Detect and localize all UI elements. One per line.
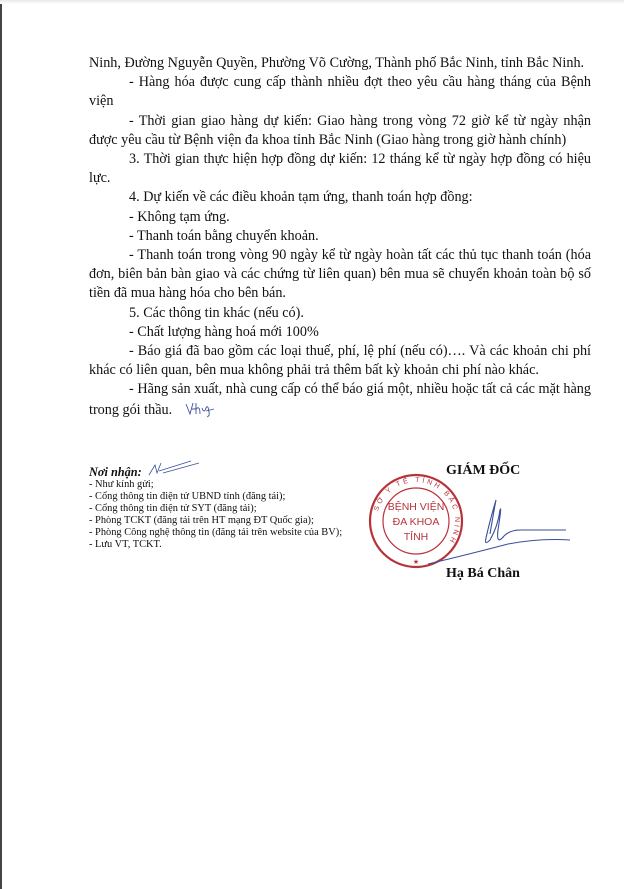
recipients-title: Nơi nhận: bbox=[89, 465, 342, 479]
initials-signature-icon bbox=[184, 400, 220, 418]
paragraph-address: Ninh, Đường Nguyễn Quyền, Phường Võ Cườn… bbox=[89, 54, 591, 73]
recipient-item: - Như kính gửi; bbox=[89, 479, 342, 491]
director-signature-icon bbox=[420, 490, 570, 570]
recipient-item: - Cổng thông tin điện tử UBND tỉnh (đăng… bbox=[89, 491, 342, 503]
recipient-item: - Phòng TCKT (đăng tải trên HT mạng ĐT Q… bbox=[89, 515, 342, 527]
paragraph-manufacturer-quote: - Hãng sản xuất, nhà cung cấp có thể báo… bbox=[89, 380, 591, 419]
recipient-item: - Phòng Công nghệ thông tin (đăng tải tr… bbox=[89, 527, 342, 539]
recipients-list: - Như kính gửi; - Cổng thông tin điện tử… bbox=[89, 479, 342, 552]
paragraph-taxes-included: - Báo giá đã bao gồm các loại thuế, phí,… bbox=[89, 342, 591, 380]
recipients-block: Nơi nhận: - Như kính gửi; - Cổng thông t… bbox=[89, 465, 342, 552]
recipients-title-text: Nơi nhận: bbox=[89, 465, 142, 479]
paragraph-contract-duration: 3. Thời gian thực hiện hợp đồng dự kiến:… bbox=[89, 150, 591, 188]
recipient-item: - Cổng thông tin điện tử SYT (đăng tải); bbox=[89, 503, 342, 515]
paragraph-quality: - Chất lượng hàng hoá mới 100% bbox=[89, 323, 591, 342]
paragraph-payment-terms-heading: 4. Dự kiến về các điều khoản tạm ứng, th… bbox=[89, 188, 591, 207]
svg-text:★: ★ bbox=[413, 558, 419, 566]
paragraph-delivery-time: - Thời gian giao hàng dự kiến: Giao hàng… bbox=[89, 112, 591, 150]
document-body: Ninh, Đường Nguyễn Quyền, Phường Võ Cườn… bbox=[89, 54, 591, 420]
paragraph-manufacturer-quote-text: - Hãng sản xuất, nhà cung cấp có thể báo… bbox=[89, 381, 591, 417]
paragraph-payment-90-days: - Thanh toán trong vòng 90 ngày kể từ ng… bbox=[89, 246, 591, 304]
paragraph-no-advance: - Không tạm ứng. bbox=[89, 208, 591, 227]
paragraph-delivery-batches: - Hàng hóa được cung cấp thành nhiều đợt… bbox=[89, 73, 591, 111]
recipient-item: - Lưu VT, TCKT. bbox=[89, 539, 342, 551]
initials-signature-icon bbox=[145, 459, 201, 481]
paragraph-other-info-heading: 5. Các thông tin khác (nếu có). bbox=[89, 304, 591, 323]
signer-name: Hạ Bá Chân bbox=[446, 566, 520, 582]
document-page: Ninh, Đường Nguyễn Quyền, Phường Võ Cườn… bbox=[0, 0, 624, 889]
paragraph-bank-transfer: - Thanh toán bằng chuyển khoản. bbox=[89, 227, 591, 246]
